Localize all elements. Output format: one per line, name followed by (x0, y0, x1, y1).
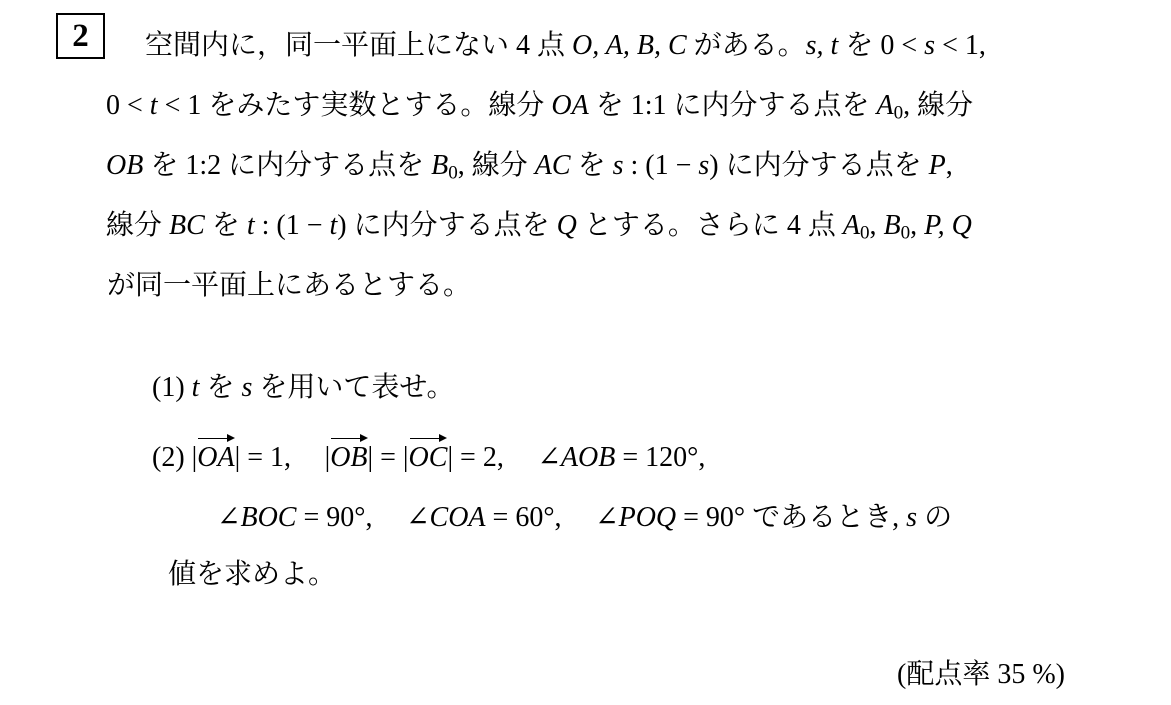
text-segment: s (613, 150, 624, 181)
text-segment: OB (106, 150, 143, 181)
text-segment: | = | (368, 442, 409, 473)
text-segment: = 90° (676, 502, 745, 533)
text-segment: に内分する点を (667, 90, 877, 121)
text-segment: AOB (561, 442, 615, 473)
text-segment: 点 (801, 210, 843, 241)
text-segment: をみたす実数とする。線分 (201, 90, 551, 121)
text-segment: POQ (619, 502, 677, 533)
text-segment: 0 (894, 103, 904, 124)
text-segment: を (205, 210, 247, 241)
text-segment: を (589, 90, 631, 121)
text-segment: ∠ (406, 502, 429, 533)
text-segment: B (431, 150, 448, 181)
text-segment: AC (535, 150, 571, 181)
text-segment: s (698, 150, 709, 181)
text-segment: s, t (806, 30, 839, 61)
text-segment: 1:1 (631, 90, 667, 121)
text-segment: 4 (787, 210, 801, 241)
text-segment: = 90°, (296, 502, 372, 533)
text-segment: に内分する点を (719, 150, 929, 181)
text-segment: ∠ (217, 502, 240, 533)
statement-line-4: 線分 BC を t : (1 − t) に内分する点を Q とする。さらに 4 … (106, 206, 972, 247)
text-segment: A (843, 210, 860, 241)
text-segment: , (458, 150, 465, 181)
text-segment: 0 (448, 163, 458, 184)
text-segment: s (906, 502, 917, 533)
text-segment: | = 2, (447, 442, 503, 473)
text-segment: を (199, 372, 241, 403)
text-segment: であるとき, (745, 502, 906, 533)
text-segment: (配点率 (897, 659, 997, 690)
text-segment: 35 % (997, 659, 1055, 690)
text-segment: 点 (530, 30, 572, 61)
text-segment: < 1, (935, 30, 986, 61)
text-segment: を (571, 150, 613, 181)
text-segment: s (924, 30, 935, 61)
text-segment: B (884, 210, 901, 241)
text-segment: = 120°, (615, 442, 705, 473)
statement-line-3: OB を 1:2 に内分する点を B0, 線分 AC を s : (1 − s)… (106, 146, 953, 187)
question-2-line-1: (2) |OA| = 1,|OB| = |OC| = 2,∠AOB = 120°… (152, 432, 705, 477)
text-segment: ∠ (595, 502, 618, 533)
question-1: (1) t を s を用いて表せ。 (152, 368, 455, 407)
text-segment: ) (1056, 659, 1065, 690)
problem-number-box: 2 (56, 13, 105, 59)
text-segment: BOC (240, 502, 296, 533)
text-segment: , (946, 150, 953, 181)
vector-OC: OC (409, 432, 448, 472)
text-segment: t (150, 90, 158, 121)
text-segment: = 60°, (486, 502, 562, 533)
text-segment: に内分する点を (347, 210, 557, 241)
text-segment: 0 < (880, 30, 924, 61)
vector-OA: OA (197, 432, 234, 472)
problem-number: 2 (72, 18, 89, 55)
text-segment: COA (430, 502, 486, 533)
text-segment: P (929, 150, 946, 181)
text-segment: (1) (152, 372, 192, 403)
text-segment: ∠ (537, 442, 560, 473)
text-segment: : (1 − (623, 150, 698, 181)
text-segment: t (247, 210, 255, 241)
statement-line-5: が同一平面上にあるとする。 (107, 266, 471, 305)
vector-OB: OB (330, 432, 367, 472)
text-segment: を用いて表せ。 (252, 372, 454, 403)
text-segment: 0 (860, 223, 870, 244)
text-segment: 線分 (465, 150, 535, 181)
text-segment: BC (169, 210, 205, 241)
text-segment: とする。さらに (577, 210, 787, 241)
text-segment: を (838, 30, 880, 61)
text-segment: s (241, 372, 252, 403)
text-segment: 1:2 (185, 150, 221, 181)
statement-line-1: 空間内に，同一平面上にない 4 点 O, A, B, C がある。s, t を … (145, 26, 986, 65)
text-segment: 空間内に，同一平面上にない (145, 30, 516, 61)
text-segment: 4 (516, 30, 530, 61)
text-segment: : (1 − (255, 210, 330, 241)
text-segment: | = 1, (235, 442, 291, 473)
text-segment: 線分 (106, 210, 169, 241)
text-segment: がある。 (687, 30, 806, 61)
text-segment: A (877, 90, 894, 121)
text-segment: が同一平面上にあるとする。 (107, 270, 471, 301)
text-segment: P, Q (924, 210, 972, 241)
text-segment: < 1 (158, 90, 202, 121)
text-segment: O, A, B, C (572, 30, 687, 61)
exam-page: { "problem": { "number": "2", "statement… (0, 0, 1171, 705)
text-segment: ) (337, 210, 346, 241)
text-segment: 値を求めよ。 (168, 559, 336, 590)
text-segment: OA (551, 90, 588, 121)
text-segment: に内分する点を (221, 150, 431, 181)
question-2-line-3: 値を求めよ。 (168, 555, 336, 594)
text-segment: ) (709, 150, 718, 181)
text-segment: , (870, 210, 884, 241)
text-segment: 0 < (106, 90, 150, 121)
text-segment: の (917, 502, 952, 533)
text-segment: Q (557, 210, 577, 241)
score-note: (配点率 35 %) (897, 652, 1065, 692)
text-segment: 0 (901, 223, 911, 244)
text-segment: を (143, 150, 185, 181)
text-segment: , (910, 210, 924, 241)
text-segment: (2) | (152, 442, 197, 473)
statement-line-2: 0 < t < 1 をみたす実数とする。線分 OA を 1:1 に内分する点を … (106, 86, 973, 127)
question-2-line-2: ∠BOC = 90°,∠COA = 60°,∠POQ = 90° であるとき, … (217, 498, 952, 537)
text-segment: 線分 (910, 90, 973, 121)
